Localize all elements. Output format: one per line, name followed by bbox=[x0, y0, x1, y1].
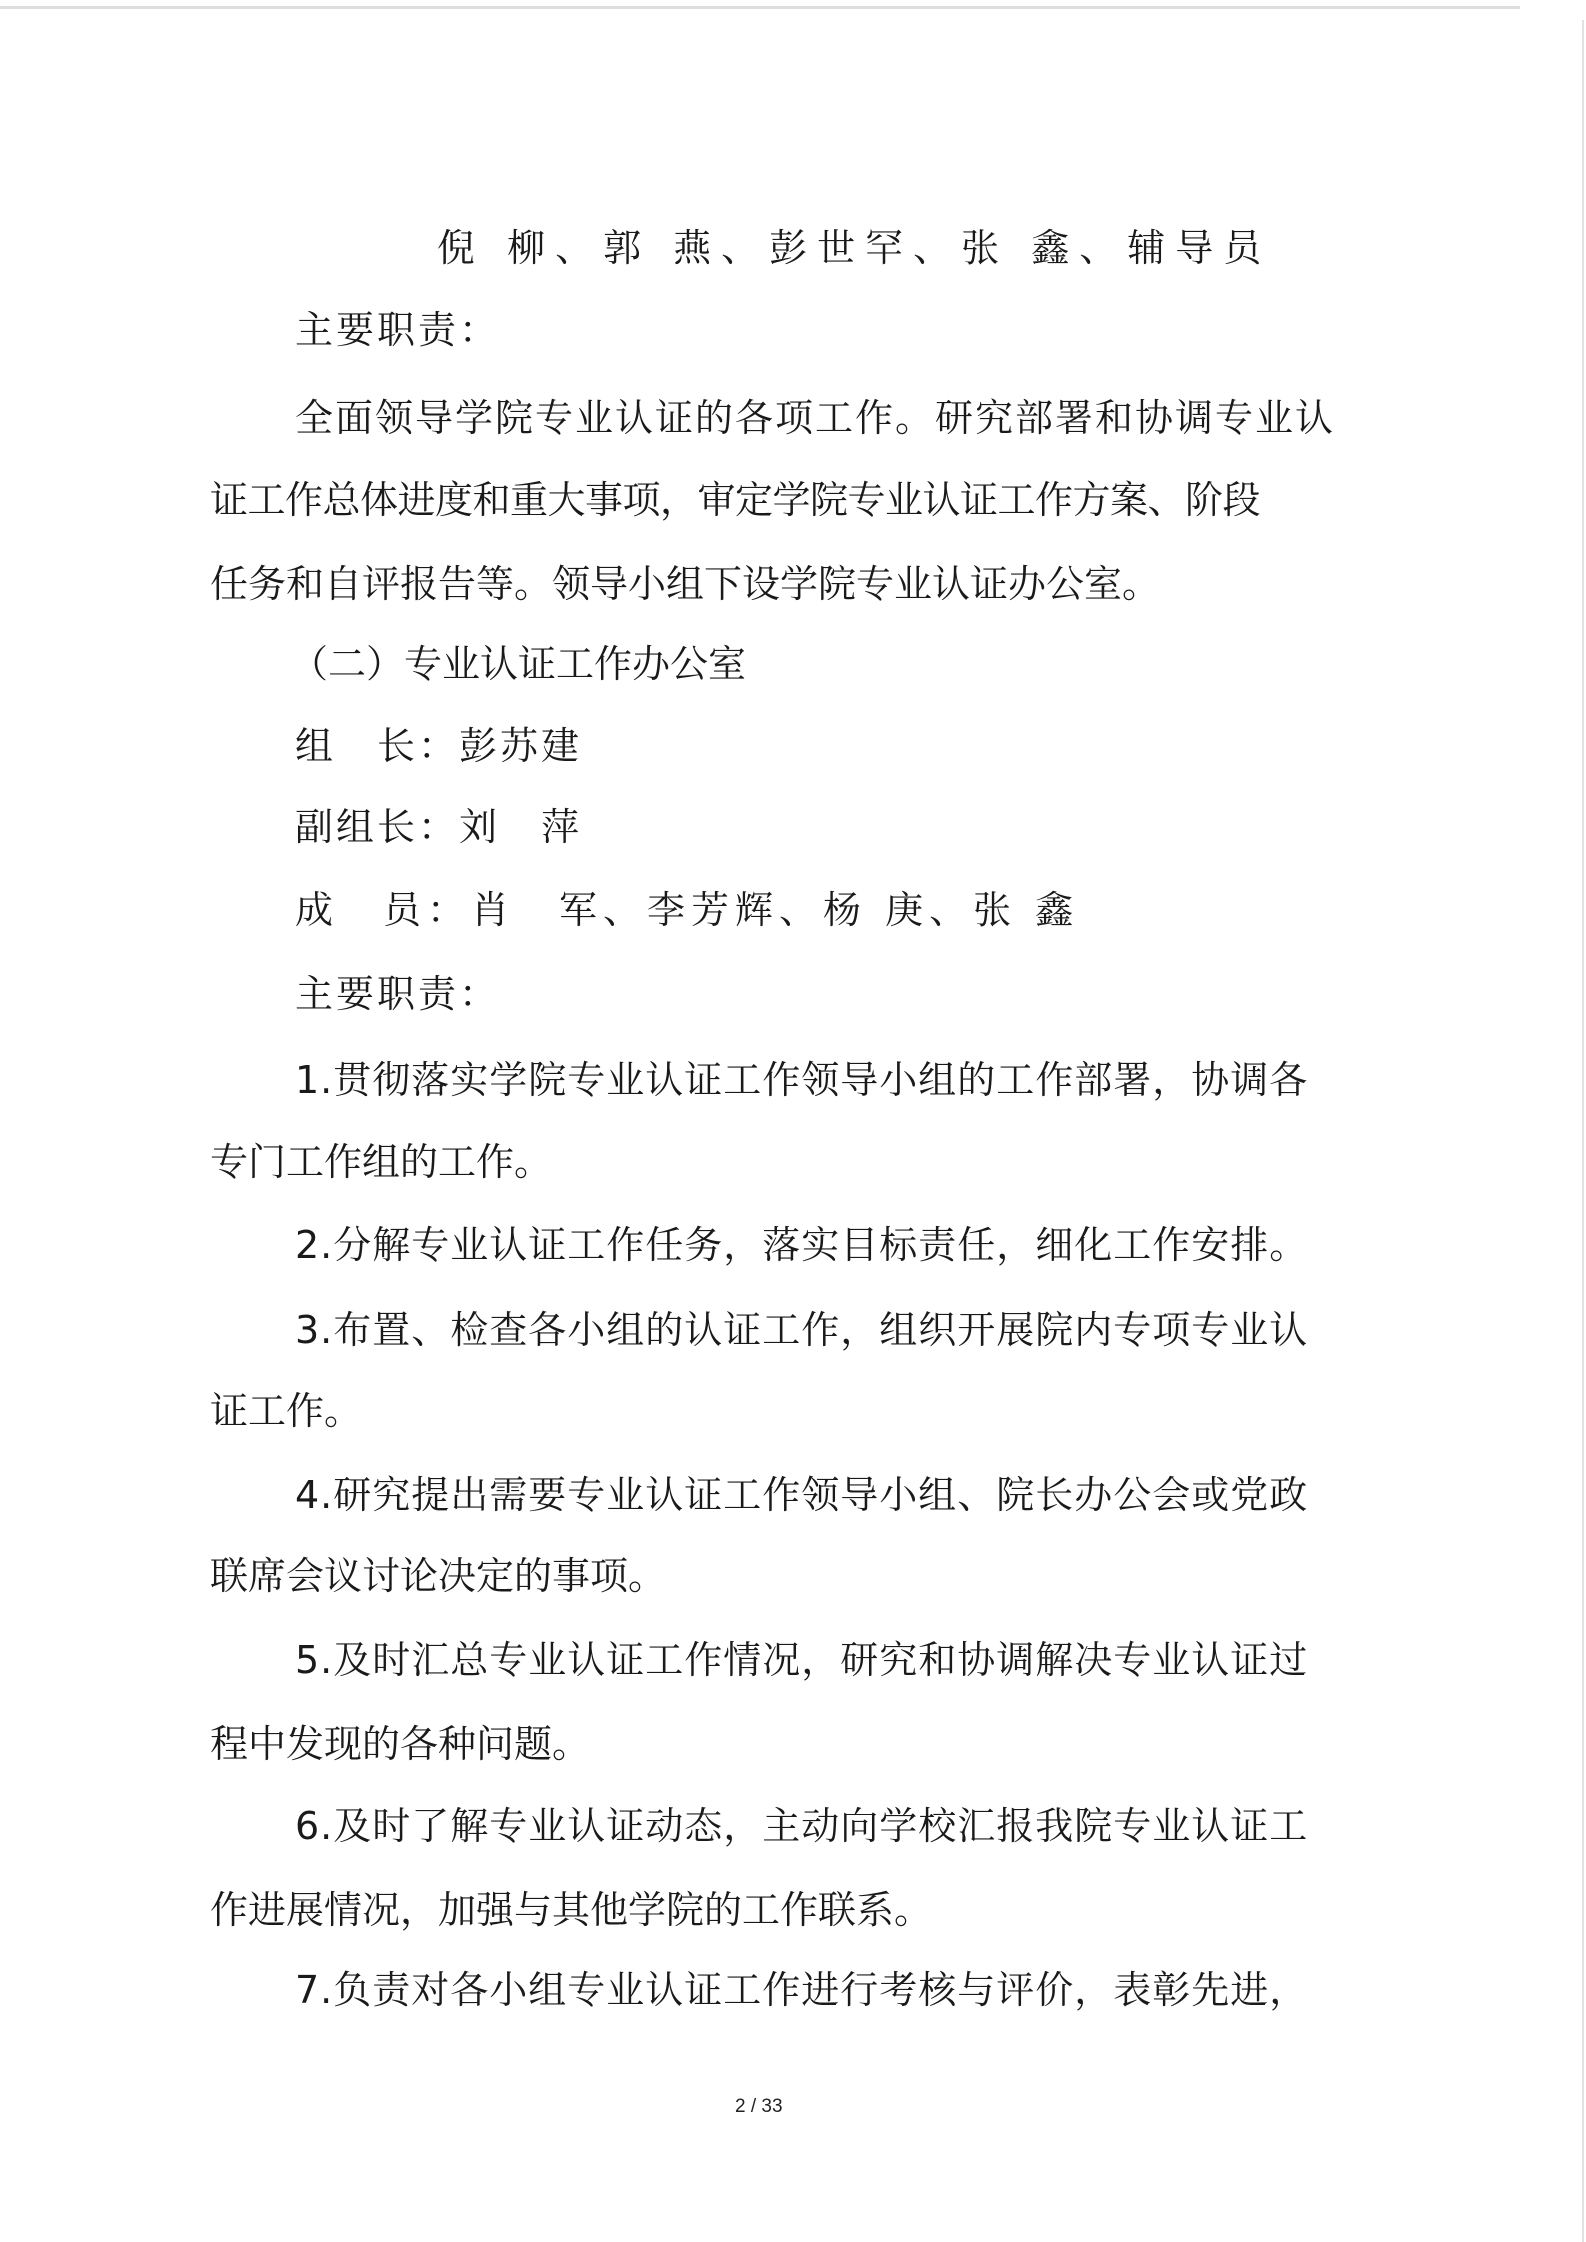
group-leader-field: 组 长：彭苏建 bbox=[295, 722, 582, 770]
list-item-5: 5.及时汇总专业认证工作情况，研究和协调解决专业认证过 bbox=[295, 1636, 1308, 1684]
page-number: 2 / 33 bbox=[735, 2096, 783, 2118]
list-item-7: 7.负责对各小组专业认证工作进行考核与评价，表彰先进， bbox=[295, 1966, 1308, 2014]
list-item-6: 6.及时了解专业认证动态，主动向学校汇报我院专业认证工 bbox=[295, 1802, 1308, 1850]
paragraph-line: 任务和自评报告等。领导小组下设学院专业认证办公室。 bbox=[210, 560, 1160, 608]
duties-label: 主要职责： bbox=[295, 970, 500, 1018]
deputy-leader-field: 副组长：刘 萍 bbox=[295, 803, 582, 851]
paragraph-line: 证工作总体进度和重大事项，审定学院专业认证工作方案、阶段 bbox=[210, 476, 1260, 524]
list-item-1: 1.贯彻落实学院专业认证工作领导小组的工作部署，协调各 bbox=[295, 1056, 1308, 1104]
list-item-2: 2.分解专业认证工作任务，落实目标责任，细化工作安排。 bbox=[295, 1221, 1308, 1269]
section-heading: （二）专业认证工作办公室 bbox=[290, 640, 746, 688]
list-item-6-cont: 作进展情况，加强与其他学院的工作联系。 bbox=[210, 1886, 932, 1934]
list-item-3-cont: 证工作。 bbox=[210, 1387, 362, 1435]
list-item-4: 4.研究提出需要专业认证工作领导小组、院长办公会或党政 bbox=[295, 1471, 1308, 1519]
list-item-5-cont: 程中发现的各种问题。 bbox=[210, 1720, 590, 1768]
document-page: 倪 柳、郭 燕、彭世罕、张 鑫、辅导员 主要职责： 全面领导学院专业认证的各项工… bbox=[0, 0, 1586, 2242]
member-list-line: 倪 柳、郭 燕、彭世罕、张 鑫、辅导员 bbox=[437, 224, 1271, 272]
paragraph-line: 全面领导学院专业认证的各项工作。研究部署和协调专业认 bbox=[295, 394, 1335, 442]
list-item-4-cont: 联席会议讨论决定的事项。 bbox=[210, 1552, 666, 1600]
list-item-3: 3.布置、检查各小组的认证工作，组织开展院内专项专业认 bbox=[295, 1306, 1308, 1354]
list-item-1-cont: 专门工作组的工作。 bbox=[210, 1138, 552, 1186]
members-field: 成 员：肖 军、李芳辉、杨 庚、张 鑫 bbox=[295, 886, 1079, 934]
scan-right-edge bbox=[1582, 20, 1584, 2242]
scan-top-edge bbox=[0, 6, 1520, 9]
duties-label: 主要职责： bbox=[295, 306, 500, 354]
